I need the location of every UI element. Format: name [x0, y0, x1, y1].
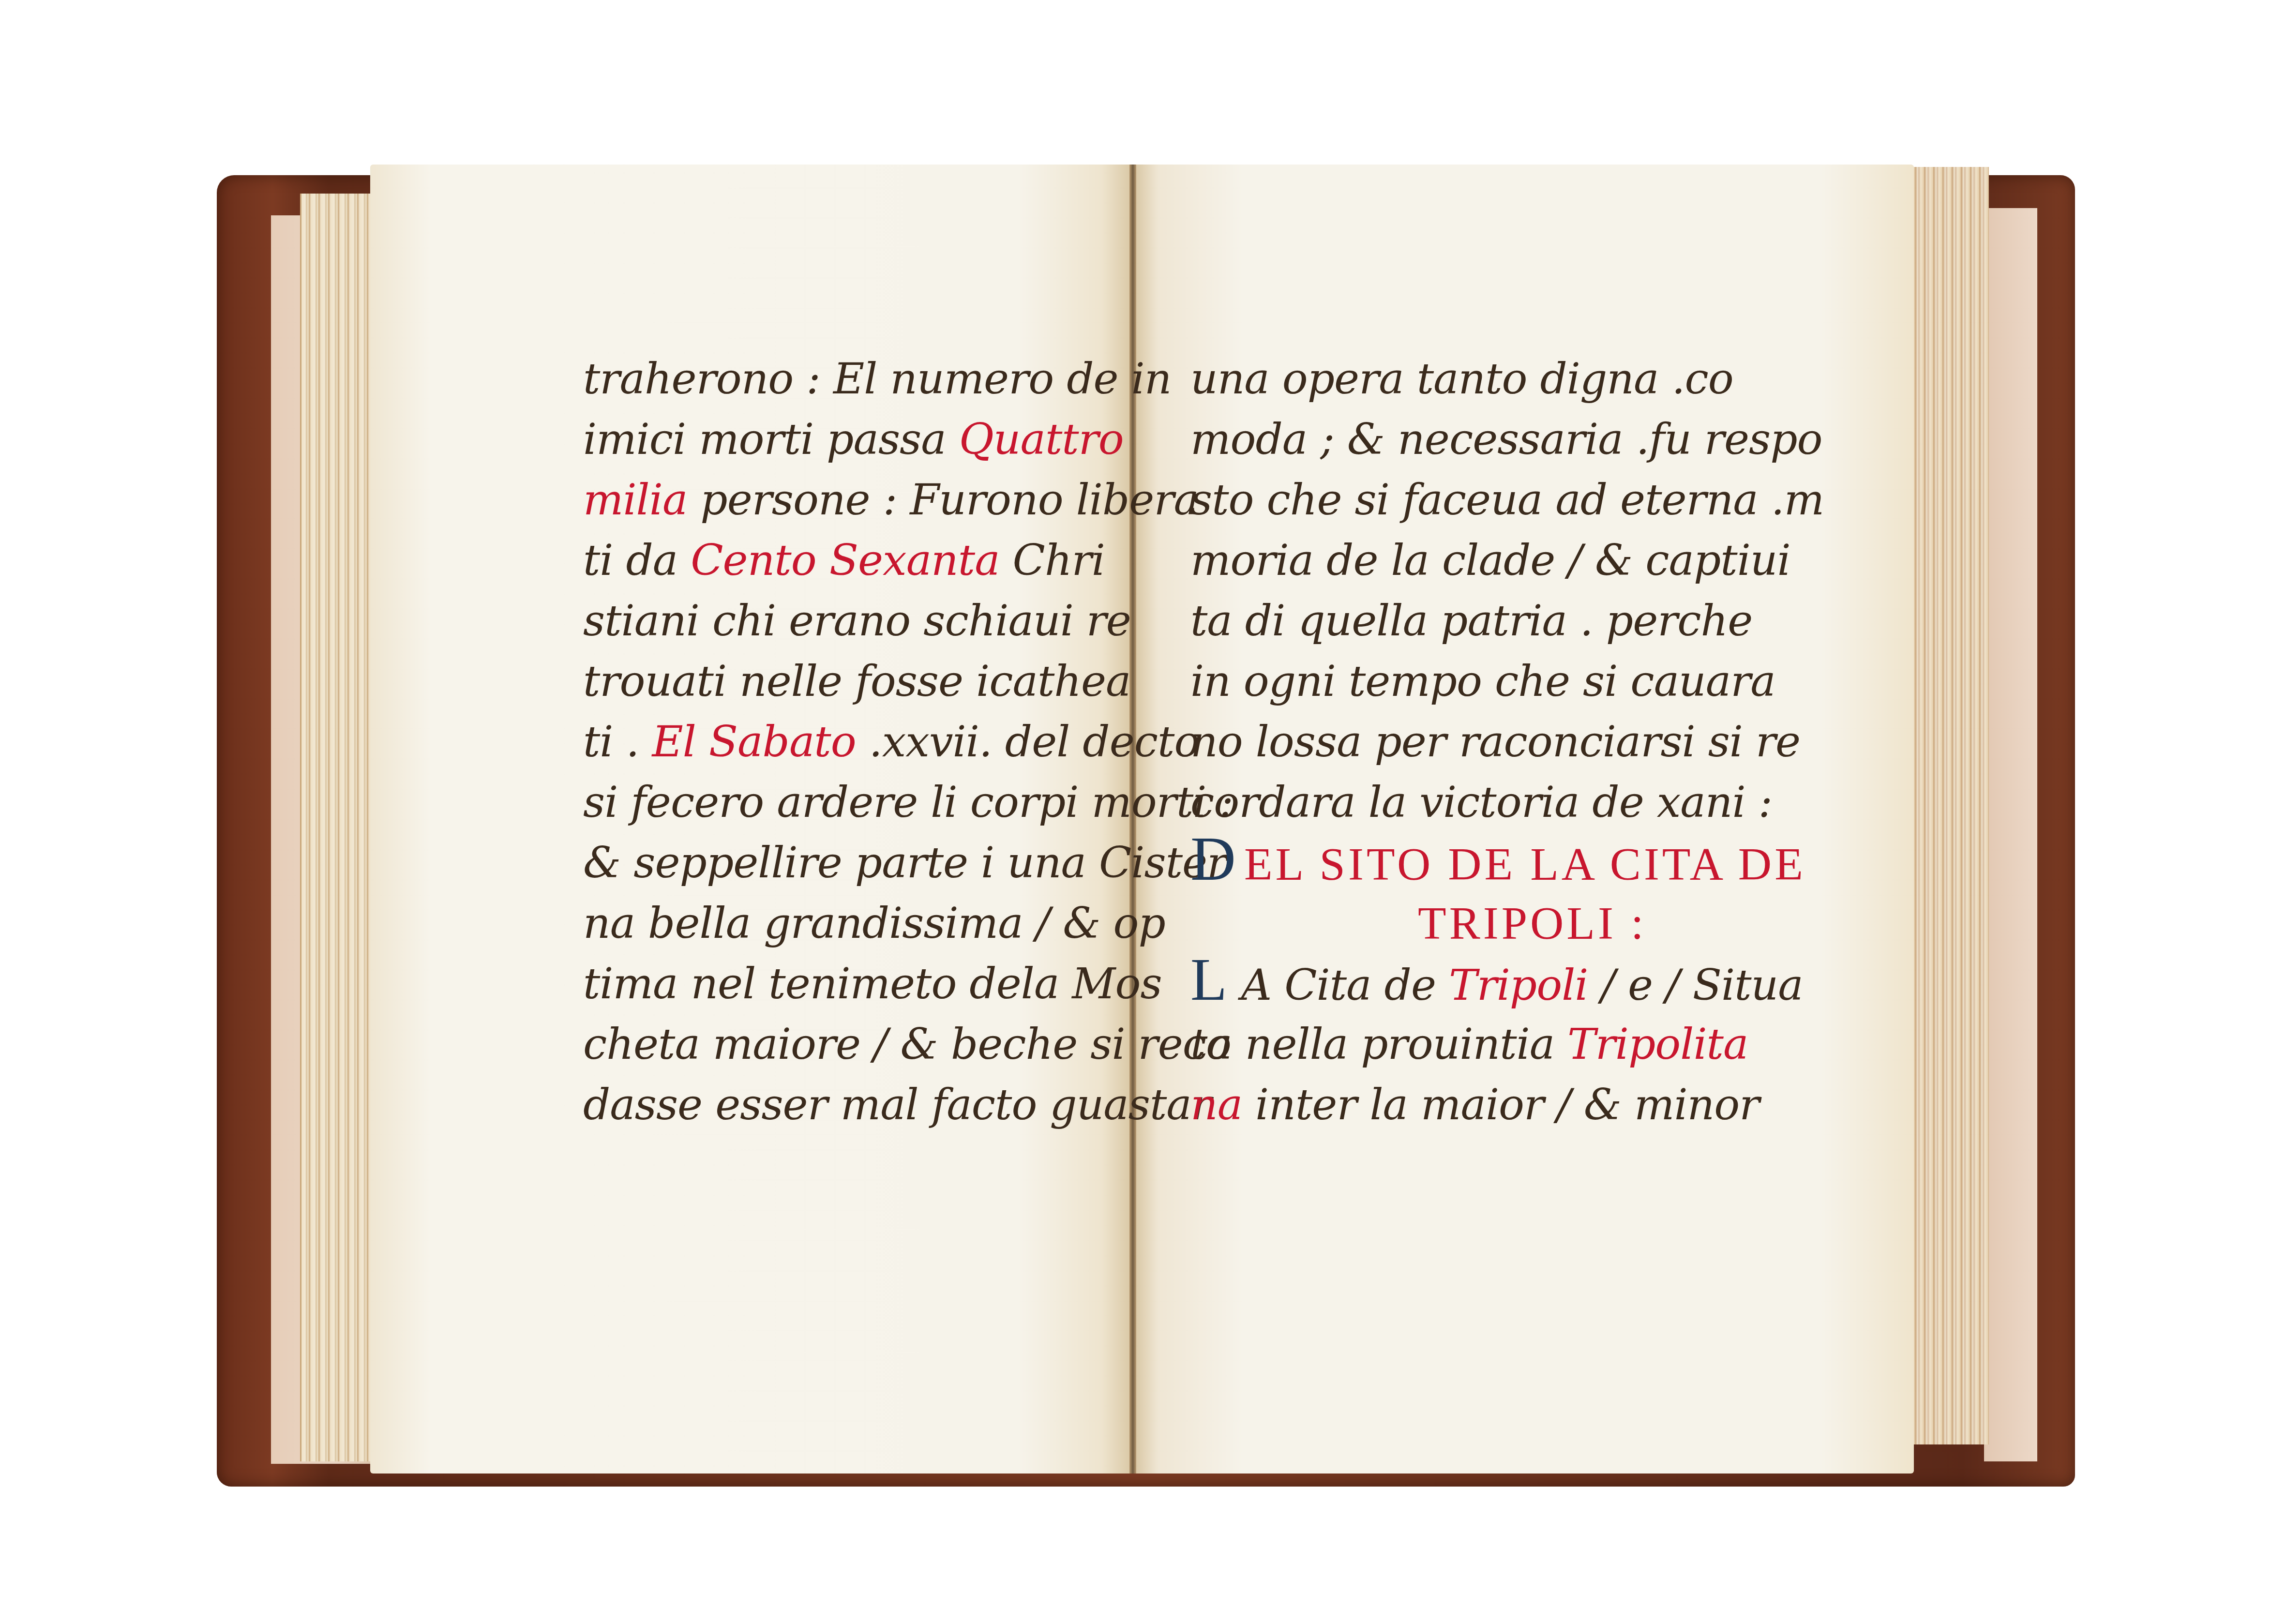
ink-text: moria de la clade / & captiui — [1190, 535, 1790, 585]
ink-text: & seppellire parte i una Cister — [583, 838, 1227, 887]
manuscript-line: traherono : El numero de in — [583, 348, 1233, 409]
manuscript-line: na inter la maior / & minor — [1190, 1074, 1824, 1135]
chapter-heading-tripoli: TRIPOLI : — [1190, 893, 1824, 953]
ink-text: stiani chi erano schiaui re — [583, 596, 1131, 646]
manuscript-line: milia persone : Furono libera — [583, 469, 1233, 530]
ink-text: imici morti passa — [583, 414, 959, 464]
manuscript-line: moda ; & necessaria .fu respo — [1190, 409, 1824, 469]
manuscript-line: ti . El Sabato .xxvii. del decto — [583, 711, 1233, 772]
right-page-edges — [1911, 167, 1989, 1444]
ink-text: inter la maior / & minor — [1242, 1080, 1759, 1129]
manuscript-line: na bella grandissima / & op — [583, 893, 1233, 953]
chapter-heading-text: EL SITO DE LA CITA DE — [1244, 838, 1806, 890]
manuscript-line: cheta maiore / & beche si reco — [583, 1014, 1233, 1074]
manuscript-line: cordara la victoria de xani : — [1190, 772, 1824, 832]
ink-text: traherono : El numero de in — [583, 354, 1171, 404]
manuscript-line: ta nella prouintia Tripolita — [1190, 1014, 1824, 1074]
chapter-heading-line-1: DEL SITO DE LA CITA DE — [1190, 832, 1824, 893]
ink-text: una opera tanto digna .co — [1190, 354, 1733, 404]
ink-text: si fecero ardere li corpi morti : — [583, 777, 1233, 827]
manuscript-line: ta di quella patria . perche — [1190, 590, 1824, 651]
manuscript-line: tima nel tenimeto dela Mos — [583, 953, 1233, 1014]
rubric-text: milia — [583, 475, 687, 525]
manuscript-line: moria de la clade / & captiui — [1190, 530, 1824, 590]
rubric-text: El Sabato — [652, 717, 856, 767]
ink-text: in ogni tempo che si cauara — [1190, 656, 1775, 706]
right-page-text: una opera tanto digna .comoda ; & necess… — [1190, 348, 1824, 1135]
manuscript-line: trouati nelle fosse icatheа — [583, 651, 1233, 711]
manuscript-line: stiani chi erano schiaui re — [583, 590, 1233, 651]
manuscript-line: imici morti passa Quattro — [583, 409, 1233, 469]
ink-text: Chri — [1000, 535, 1105, 585]
manuscript-line: una opera tanto digna .co — [1190, 348, 1824, 409]
manuscript-line: sto che si faceua ad eterna .m — [1190, 469, 1824, 530]
ink-text: no lossa per raconciarsi si re — [1190, 717, 1800, 767]
ink-text: trouati nelle fosse icatheа — [583, 656, 1131, 706]
chapter-heading-line-2: TRIPOLI : — [1190, 893, 1824, 953]
ink-text: ta nella prouintia — [1190, 1019, 1567, 1069]
rubric-text: na — [1190, 1080, 1242, 1129]
manuscript-line: in ogni tempo che si cauara — [1190, 651, 1824, 711]
manuscript-line: si fecero ardere li corpi morti : — [583, 772, 1233, 832]
ink-text: na bella grandissima / & op — [583, 898, 1165, 948]
ink-text: tima nel tenimeto dela Mos — [583, 959, 1162, 1008]
ink-text: cordara la victoria de xani : — [1190, 777, 1772, 827]
ink-text: ta di quella patria . perche — [1190, 596, 1752, 646]
ink-text: moda ; & necessaria .fu respo — [1190, 414, 1822, 464]
ink-text: A Cita de — [1241, 960, 1449, 1010]
left-page-text: traherono : El numero de inimici morti p… — [583, 348, 1233, 1135]
left-page-edges — [300, 194, 379, 1461]
blue-initial-d: D — [1190, 832, 1235, 886]
ink-text: / e / Situa — [1588, 960, 1803, 1010]
ink-text: ti . — [583, 717, 652, 767]
manuscript-line: ti da Cento Sexanta Chri — [583, 530, 1233, 590]
ink-text: .xxvii. del decto — [856, 717, 1200, 767]
blue-initial-l: L — [1190, 953, 1227, 1007]
ink-text: cheta maiore / & beche si reco — [583, 1019, 1231, 1069]
ink-text: sto che si faceua ad eterna .m — [1190, 475, 1824, 525]
rubric-text: Tripolita — [1567, 1019, 1748, 1069]
ink-text: ti da — [583, 535, 691, 585]
rubric-text: Cento Sexanta — [691, 535, 999, 585]
manuscript-line: dasse esser mal facto guastar — [583, 1074, 1233, 1135]
manuscript-line: LA Cita de Tripoli / e / Situa — [1190, 953, 1824, 1014]
ink-text: dasse esser mal facto guastar — [583, 1080, 1211, 1129]
manuscript-line: & seppellire parte i una Cister — [583, 832, 1233, 893]
manuscript-line: no lossa per raconciarsi si re — [1190, 711, 1824, 772]
right-pastedown — [1984, 208, 2037, 1461]
ink-text: persone : Furono libera — [687, 475, 1199, 525]
rubric-text: Tripoli — [1449, 960, 1588, 1010]
rubric-text: Quattro — [959, 414, 1124, 464]
